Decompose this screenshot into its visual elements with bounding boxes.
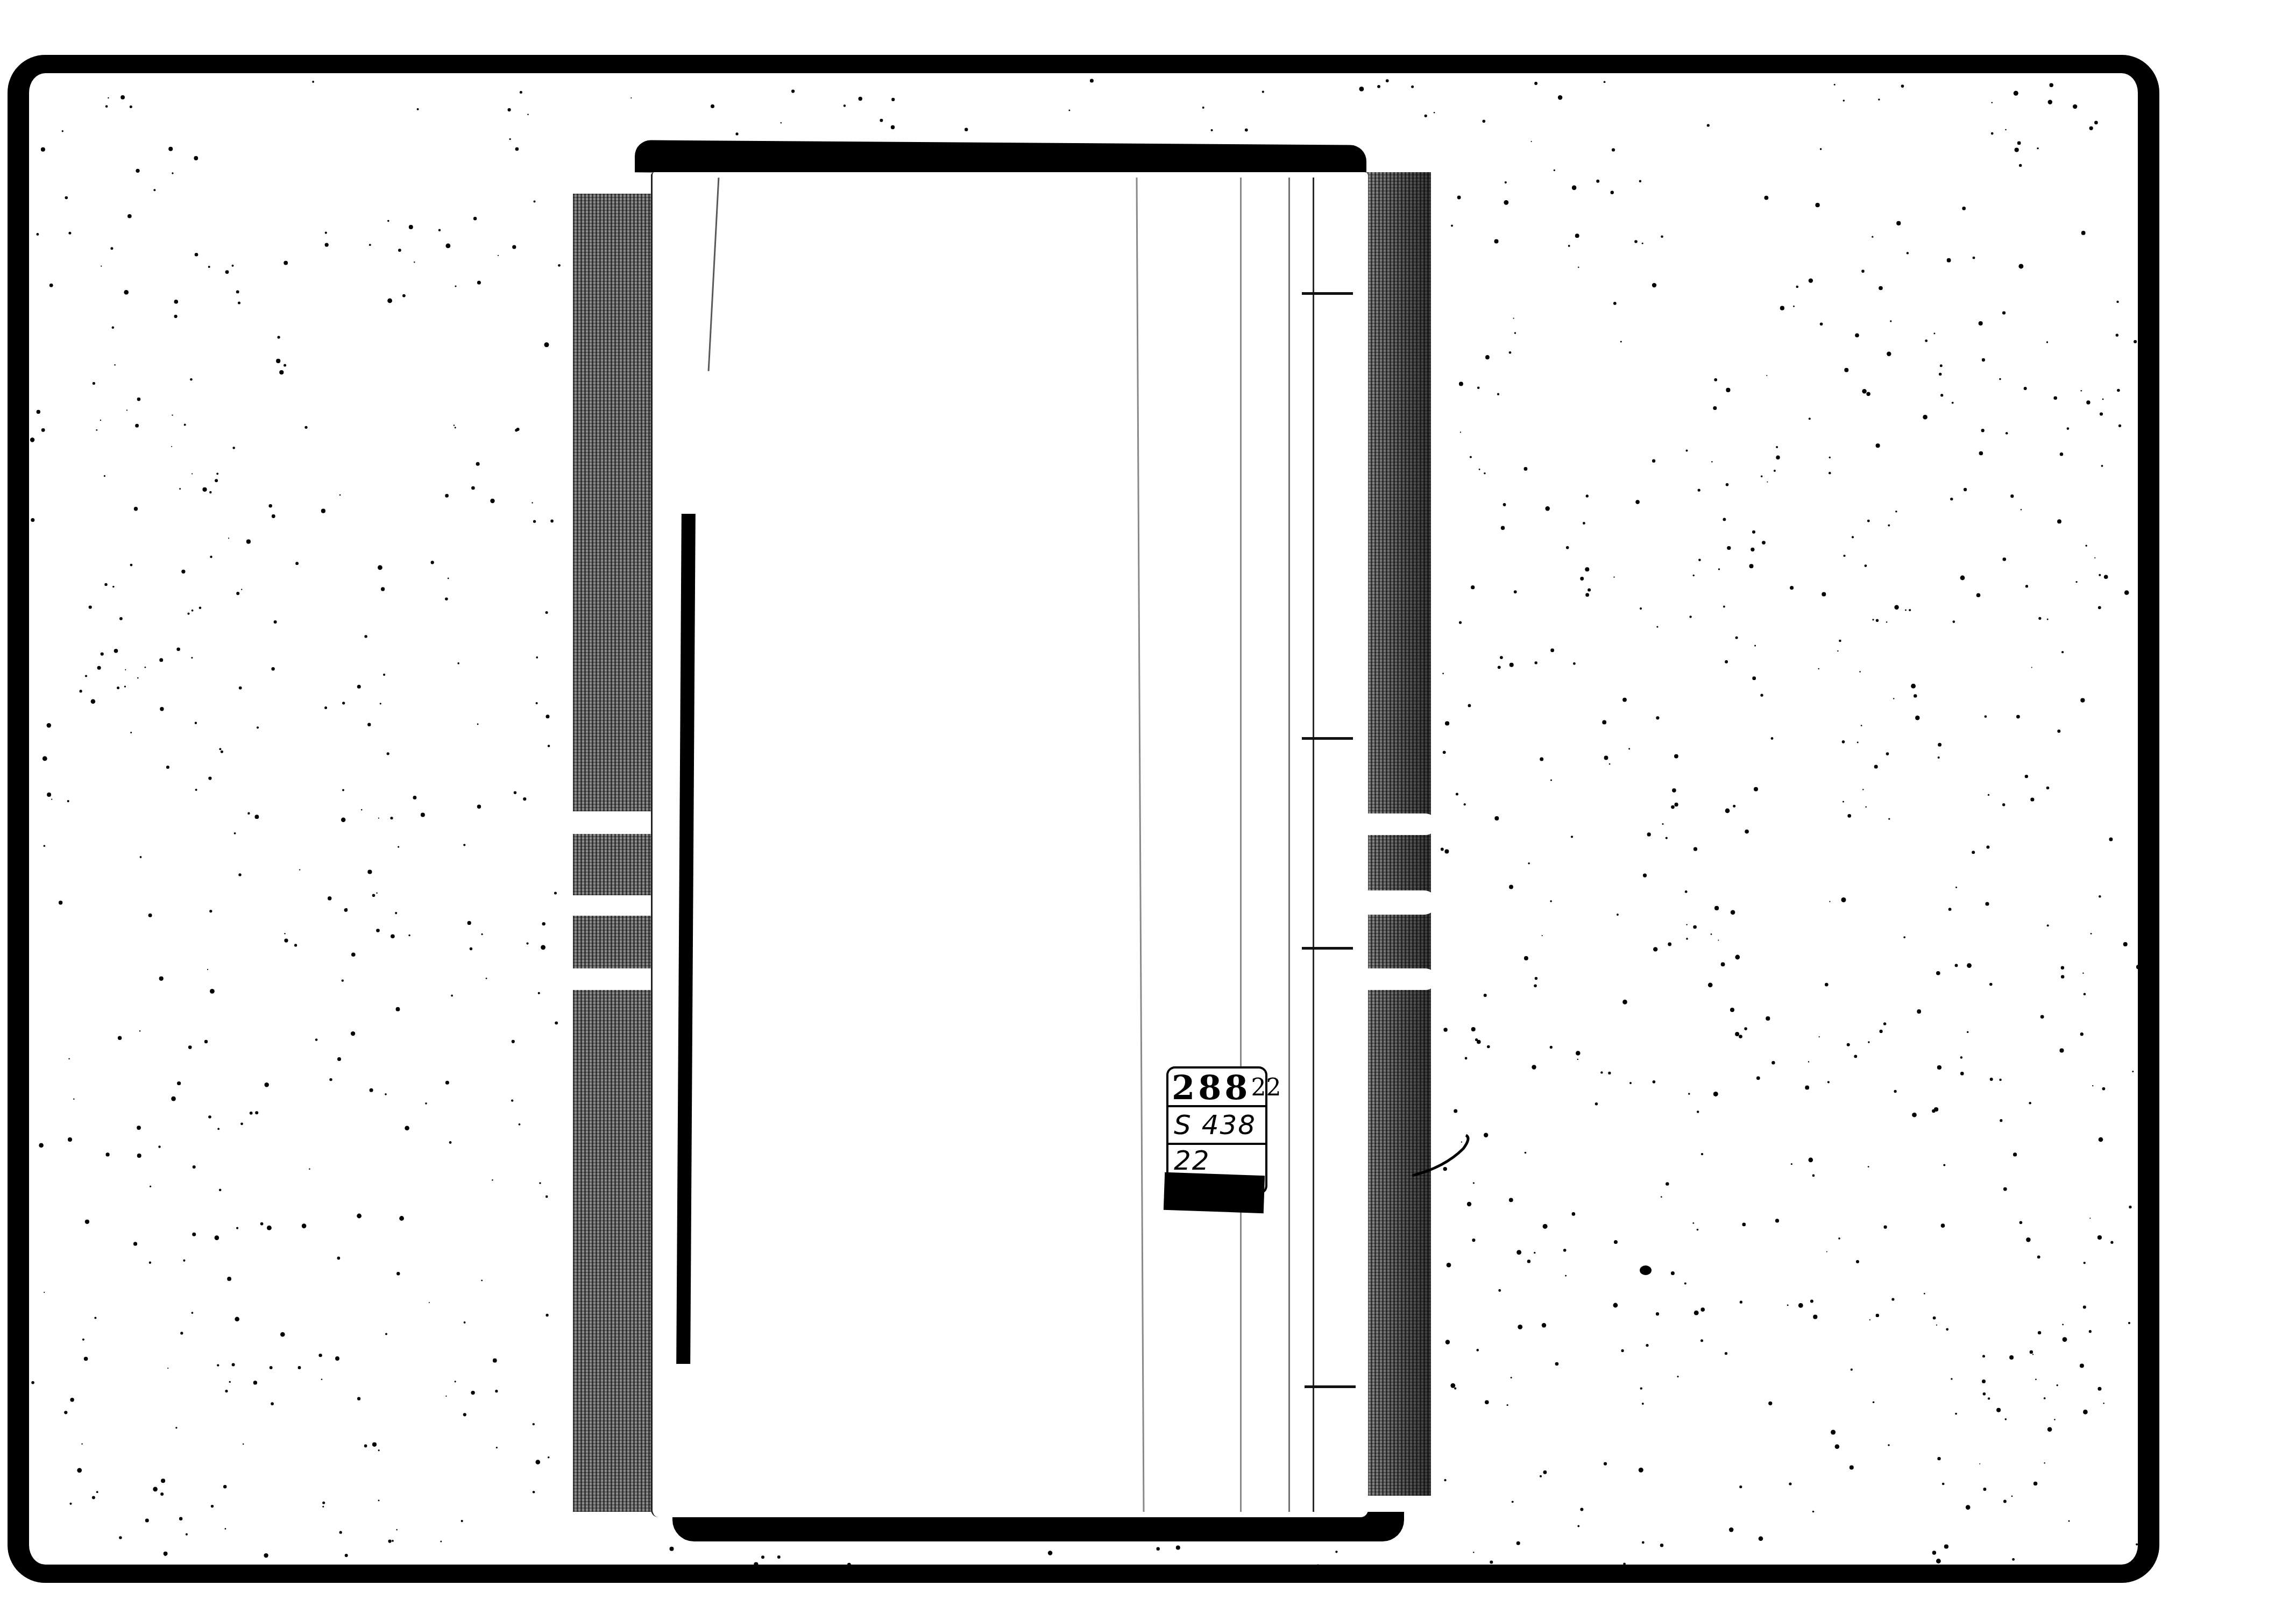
binding-stitch	[1305, 1385, 1356, 1388]
binding-stitch	[1302, 292, 1353, 295]
label-black-bar	[1164, 1172, 1265, 1213]
ink-blot	[1640, 1265, 1652, 1275]
label-line-1: 28822	[1168, 1069, 1265, 1107]
left-tie-band-2	[570, 895, 656, 916]
left-tie-band-1	[570, 811, 656, 834]
label-line-2: S 438 22	[1168, 1107, 1265, 1145]
book-cover	[651, 172, 1368, 1517]
spine-edge-line	[1313, 178, 1314, 1512]
label-line-1-text: 288	[1172, 1068, 1251, 1107]
right-tie-band-3	[1361, 968, 1436, 990]
left-tie-band-3	[570, 968, 656, 990]
binding-stitch	[1302, 737, 1353, 740]
right-tie-band-2	[1361, 890, 1436, 915]
spine-fold-line	[1288, 178, 1290, 1512]
binding-stitch	[1302, 947, 1353, 950]
stray-thread	[1412, 1130, 1477, 1184]
label-line-1-suffix: 22	[1251, 1074, 1281, 1101]
left-board-edge	[573, 194, 654, 1512]
call-number-label: 28822 S 438 22	[1162, 1066, 1270, 1220]
spine-fold-line	[1240, 178, 1242, 1512]
right-tie-band-1	[1361, 813, 1436, 835]
